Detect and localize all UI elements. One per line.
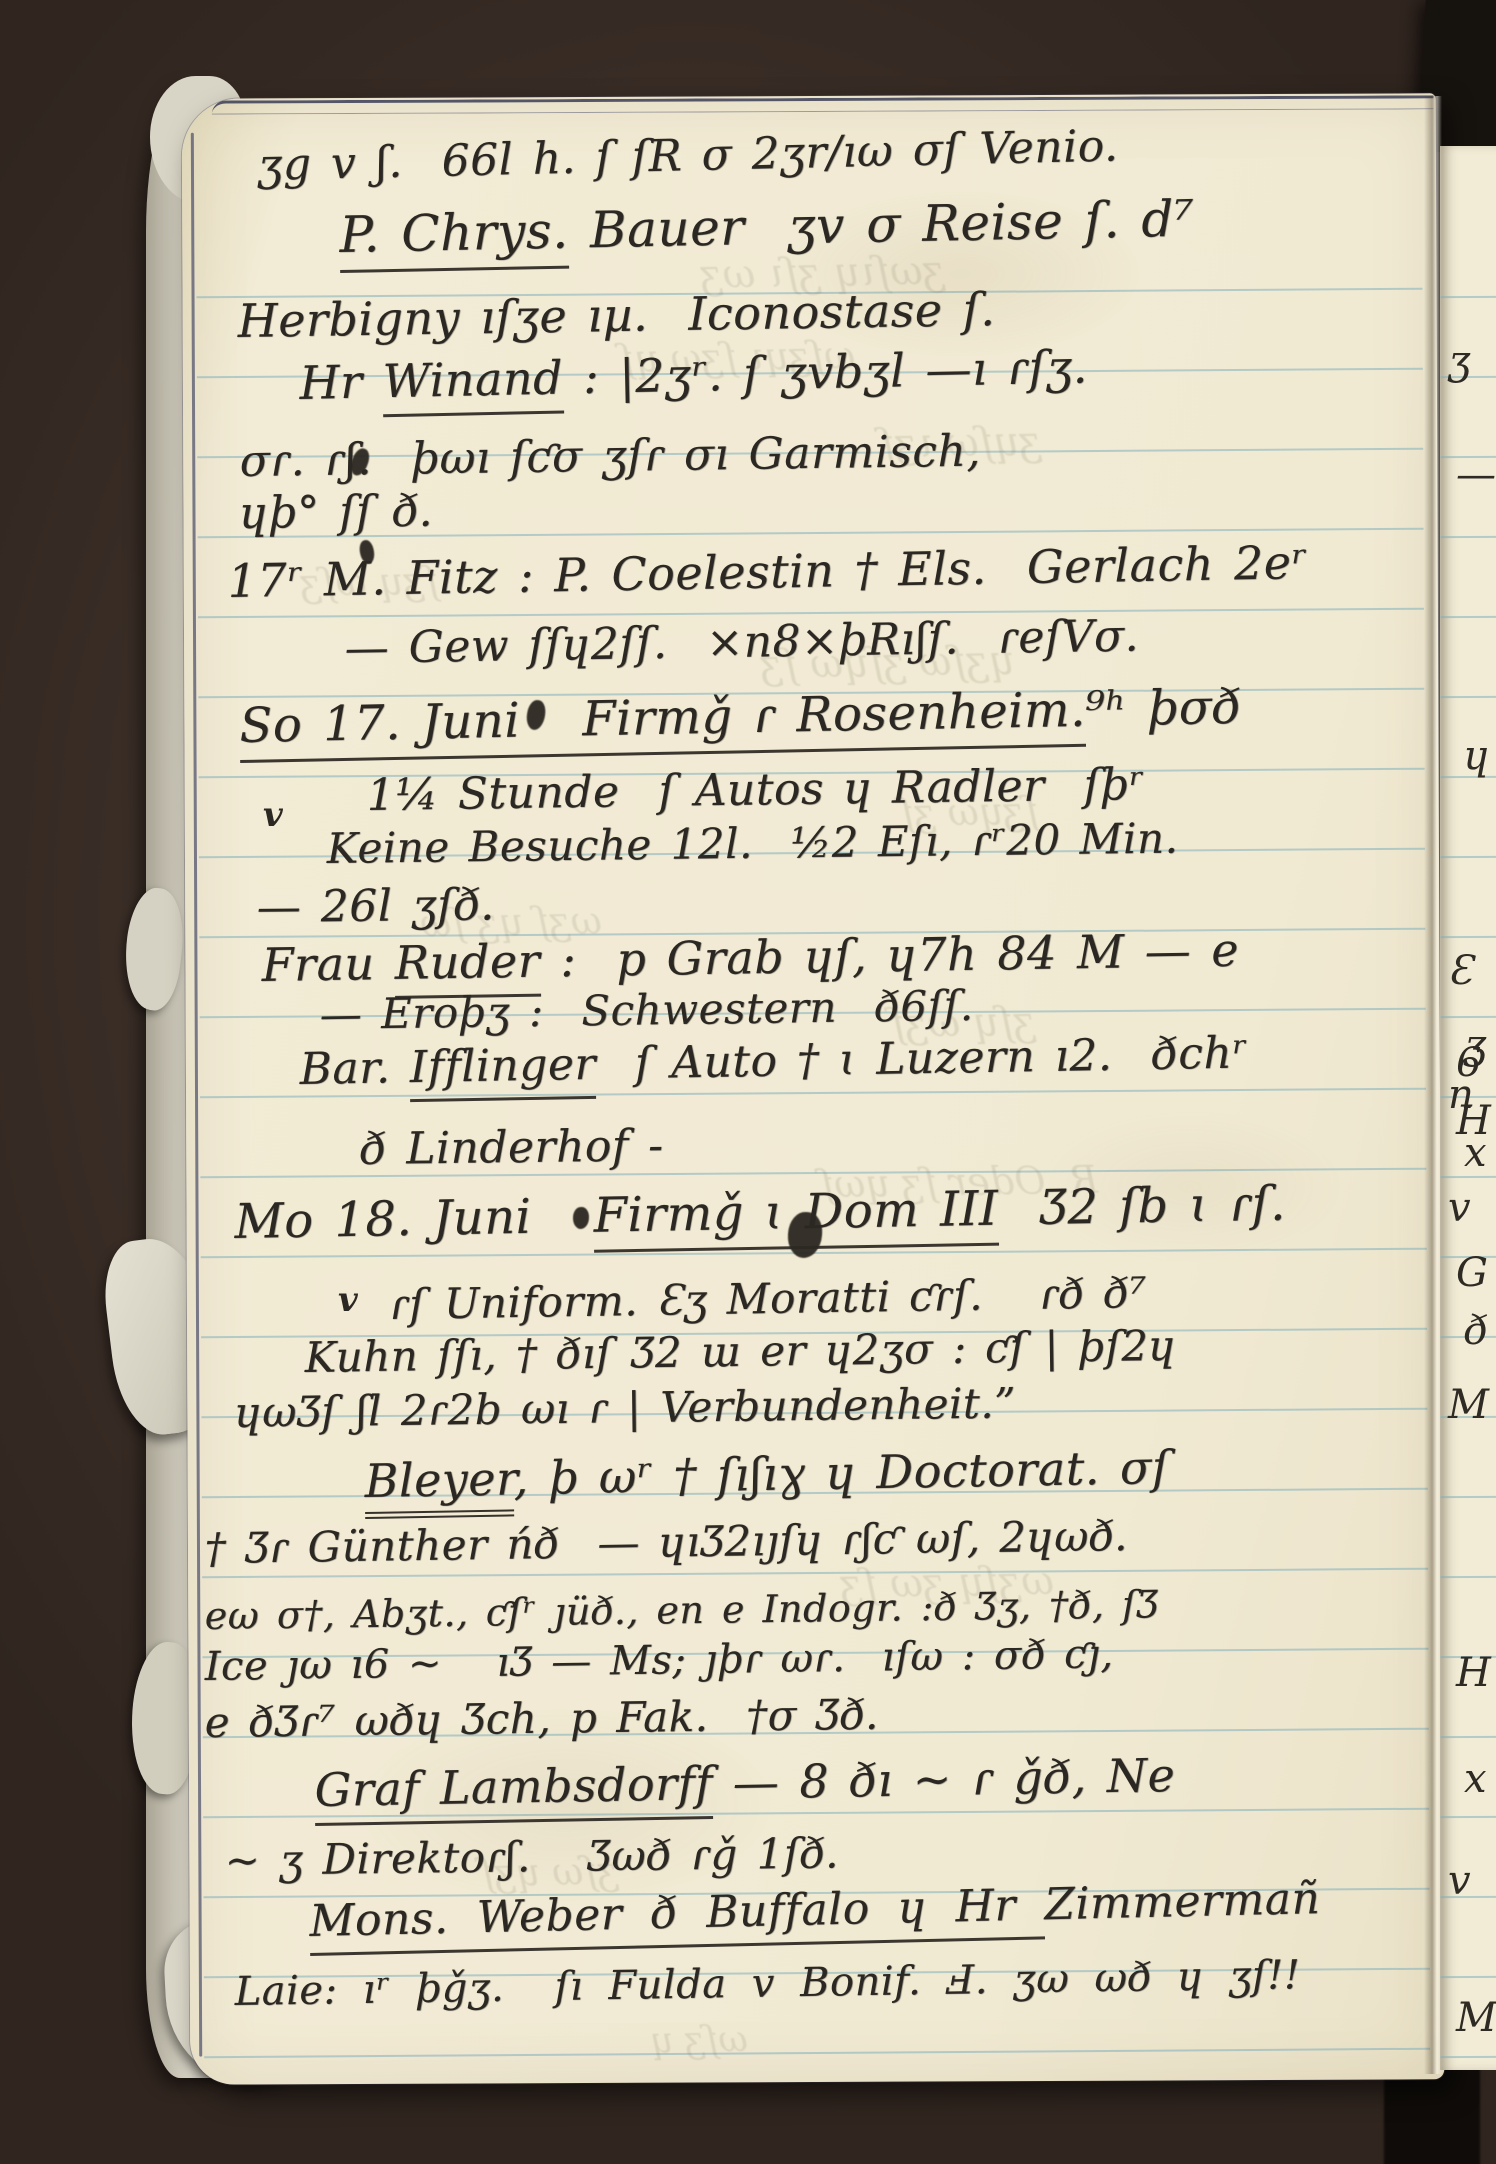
ruled-line	[204, 2048, 1430, 2059]
ruled-line	[200, 1168, 1426, 1179]
ruled-line	[1440, 1416, 1496, 1418]
ruled-line	[202, 1648, 1428, 1659]
ruled-line	[1440, 1096, 1496, 1098]
ruled-line	[202, 1568, 1428, 1579]
ruled-line	[197, 368, 1423, 379]
ruled-line	[203, 1728, 1429, 1739]
ruled-line	[1440, 376, 1496, 378]
ruled-line	[1440, 1816, 1496, 1818]
ruled-line	[204, 1888, 1430, 1899]
ruled-line	[1440, 696, 1496, 698]
ruled-line	[1440, 536, 1496, 538]
ruled-line	[1440, 776, 1496, 778]
scanned-notebook-photo: ʒωſɩɥ ʒſɩ ωʒωſʒɥɩ ſʒω ɥſʒɥſω ɩʒſſʒɥ ωſʒɥ…	[0, 0, 1496, 2164]
facing-page-sliver	[1440, 146, 1496, 2070]
ruled-line	[199, 848, 1425, 859]
ruled-line	[204, 1968, 1430, 1979]
ruled-line	[201, 1328, 1427, 1339]
ruled-line	[1440, 1496, 1496, 1498]
ruled-line	[202, 1488, 1428, 1499]
ruled-line	[1440, 856, 1496, 858]
ruled-line	[1440, 2056, 1496, 2058]
ruled-line	[200, 1008, 1426, 1019]
ruled-line	[1440, 456, 1496, 458]
ruled-line	[1440, 1656, 1496, 1658]
ruled-line	[1440, 1736, 1496, 1738]
ruled-line	[197, 288, 1423, 299]
ruled-line	[199, 928, 1425, 939]
ruled-line	[1440, 296, 1496, 298]
ruled-line	[1440, 616, 1496, 618]
ruled-line	[1440, 1016, 1496, 1018]
ruled-line	[198, 608, 1424, 619]
ruled-line	[198, 688, 1424, 699]
page-crease	[1424, 96, 1442, 2074]
ruled-line	[203, 1808, 1429, 1819]
ruled-line	[1440, 1256, 1496, 1258]
ruled-line	[198, 528, 1424, 539]
ruled-line	[1440, 936, 1496, 938]
ruled-line	[1440, 1336, 1496, 1338]
ruled-line	[200, 1088, 1426, 1099]
page-left-edge-line	[191, 133, 202, 2057]
ruled-line	[1440, 1576, 1496, 1578]
diary-page	[182, 93, 1445, 2084]
page-top-edge-line	[212, 95, 1434, 114]
ruled-line	[1440, 1976, 1496, 1978]
ruled-line	[197, 448, 1423, 459]
ruled-line	[199, 768, 1425, 779]
ruled-line	[201, 1408, 1427, 1419]
ruled-line	[1440, 1896, 1496, 1898]
ruled-line	[201, 1248, 1427, 1259]
ruled-line	[1440, 1176, 1496, 1178]
